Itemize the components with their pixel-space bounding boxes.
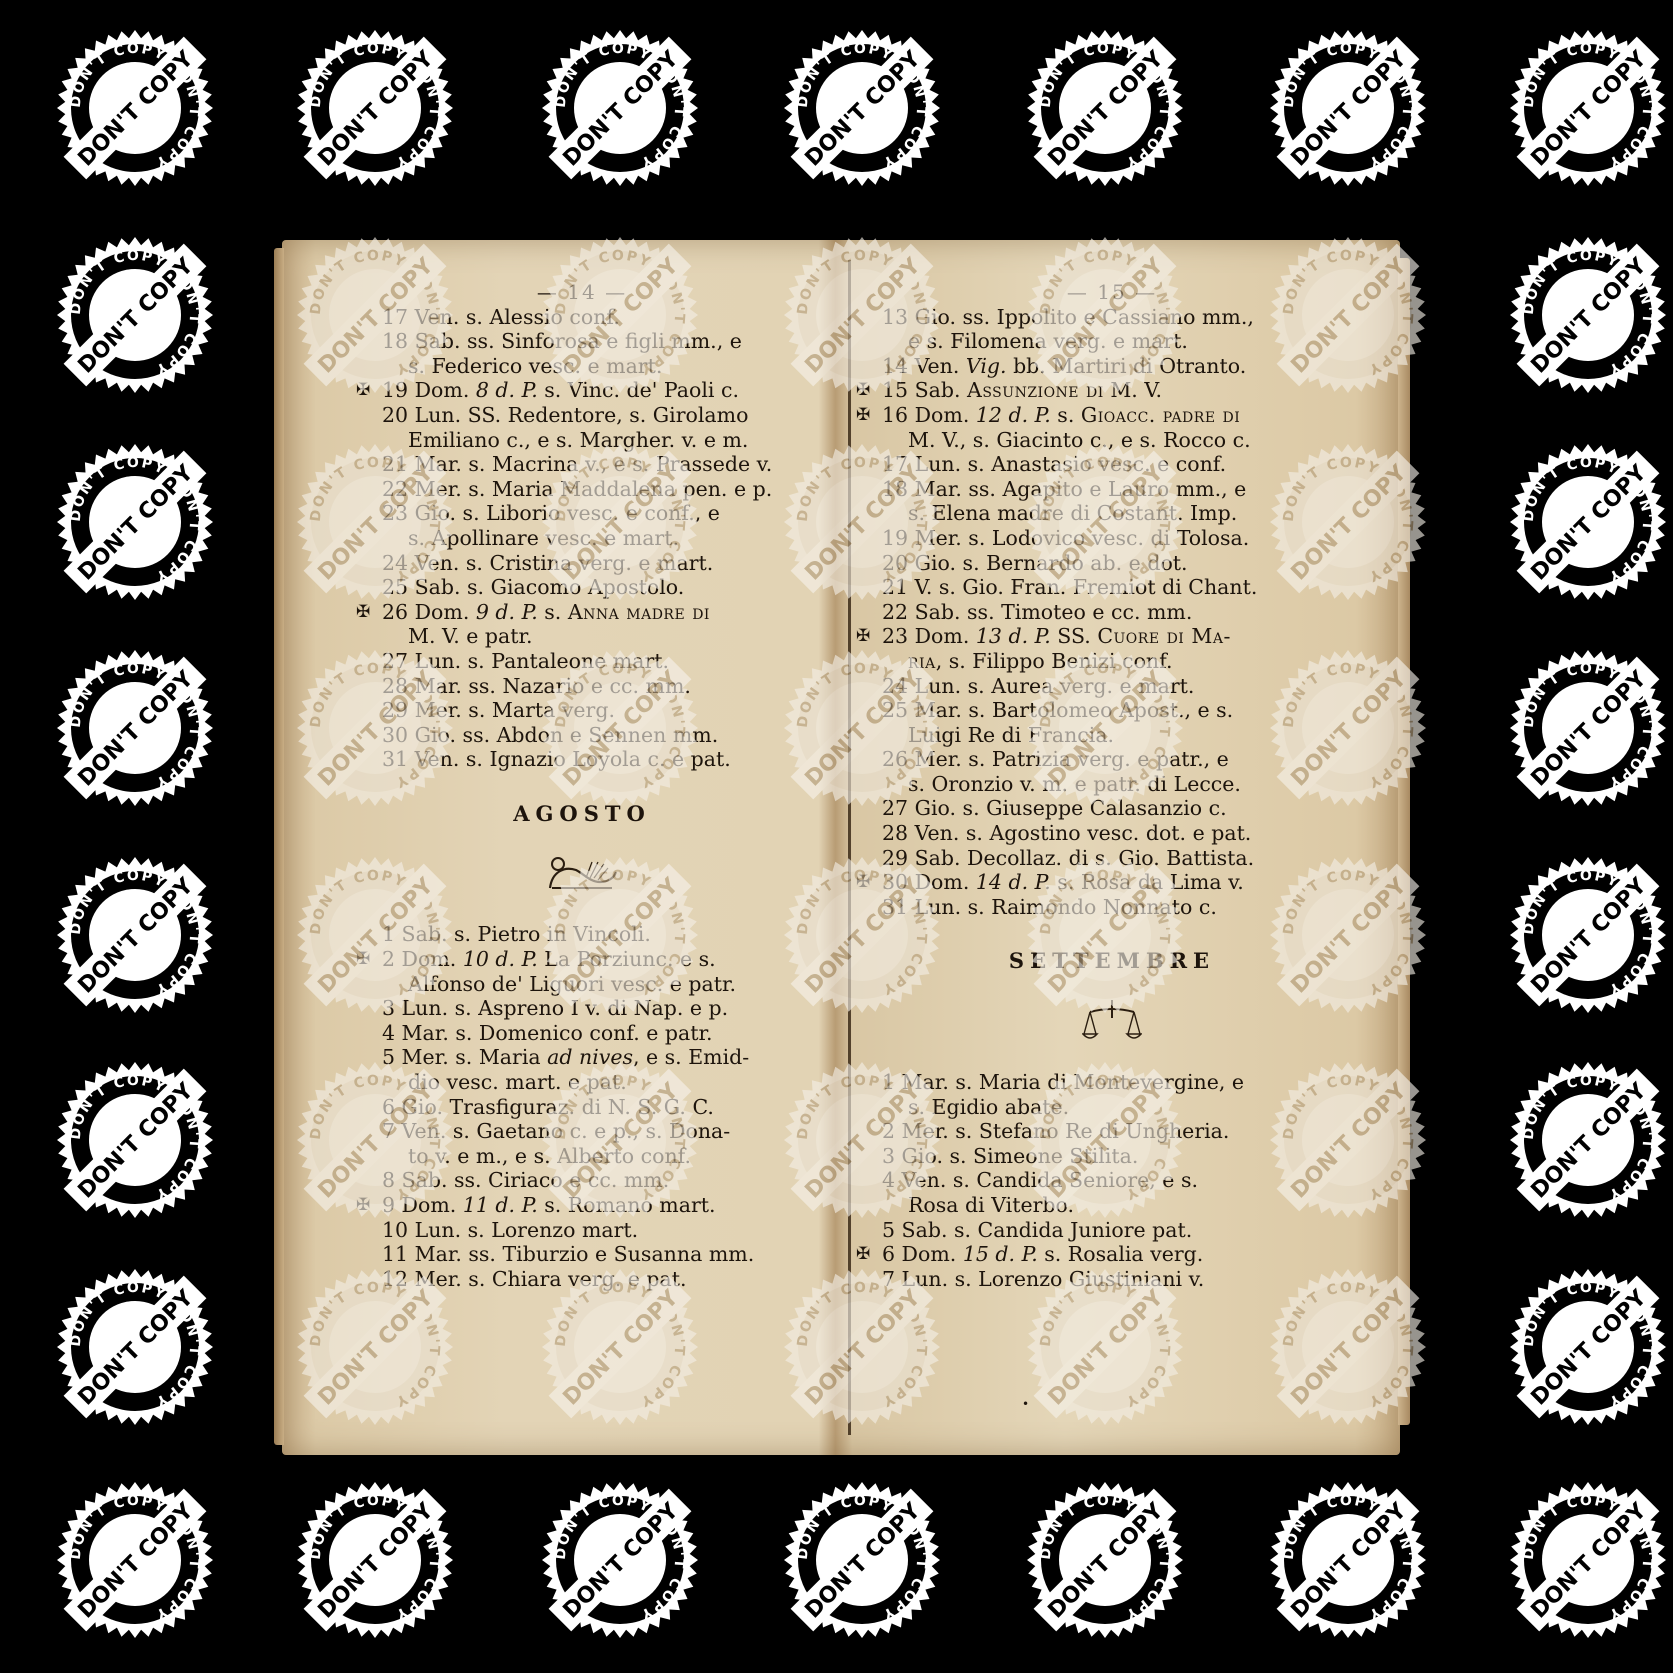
calendar-entry-continuation: M. V., s. Giacinto c., e s. Rocco c.	[882, 428, 1342, 453]
svg-text:DON'T COPY DON'T COPY: DON'T COPY DON'T COPY	[553, 41, 688, 171]
calendar-entry: 21 V. s. Gio. Fran. Fremiot di Chant.	[882, 575, 1342, 600]
entry-text: 4 Ven. s. Candida Seniore, e s.	[882, 1168, 1198, 1192]
calendar-entry: 31 Lun. s. Raimondo Nonnato c.	[882, 895, 1342, 920]
entry-text: Luigi Re di Francia.	[908, 723, 1114, 747]
entry-text: 20 Gio. s. Bernardo ab. e dot.	[882, 551, 1188, 575]
entry-text: 10 Lun. s. Lorenzo mart.	[382, 1218, 638, 1242]
svg-text:DON'T COPY: DON'T COPY	[801, 1498, 927, 1624]
dont-copy-stamp-icon: DON'T COPY DON'T COPY DON'T COPY	[1268, 1480, 1428, 1640]
feast-cross-icon: ✠	[856, 870, 870, 895]
calendar-entry: 20 Lun. SS. Redentore, s. Girolamo	[382, 403, 782, 428]
dont-copy-stamp-icon: DON'T COPY DON'T COPY DON'T COPY	[295, 1480, 455, 1640]
entry-text: 7 Lun. s. Lorenzo Giustiniani v.	[882, 1267, 1204, 1291]
calendar-entry: 7 Lun. s. Lorenzo Giustiniani v.	[882, 1267, 1342, 1292]
calendar-entry: ✠19 Dom. 8 d. P. s. Vinc. de' Paoli c.	[382, 378, 782, 403]
svg-text:DON'T COPY DON'T COPY: DON'T COPY DON'T COPY	[1521, 868, 1656, 998]
entry-text: M. V. e patr.	[408, 624, 533, 648]
entry-text: 26 Mer. s. Patrizia verg. e patr., e	[882, 747, 1229, 771]
calendar-entry: 1 Sab. s. Pietro in Vincoli.	[382, 922, 782, 947]
calendar-entry: 19 Mer. s. Lodovico vesc. di Tolosa.	[882, 526, 1342, 551]
feast-cross-icon: ✠	[356, 600, 370, 625]
entry-text: 1 Sab. s. Pietro in Vincoli.	[382, 922, 651, 946]
dont-copy-stamp-icon: DON'T COPY DON'T COPY DON'T COPY	[1268, 28, 1428, 188]
calendar-entry: ✠26 Dom. 9 d. P. s. Anna madre di	[382, 600, 782, 625]
entry-text: SS.	[1051, 624, 1098, 648]
entry-text: 16 Dom.	[882, 403, 976, 427]
entry-text: 23 Gio. s. Liborio vesc. e conf., e	[382, 501, 720, 525]
book-gutter	[848, 260, 851, 1435]
calendar-entry: 4 Mar. s. Domenico conf. e patr.	[382, 1021, 782, 1046]
dont-copy-stamp-icon: DON'T COPY DON'T COPY DON'T COPY	[1025, 28, 1185, 188]
dont-copy-stamp-icon: DON'T COPY DON'T COPY DON'T COPY	[55, 648, 215, 808]
small-caps-text: ria	[908, 649, 936, 673]
dont-copy-stamp-icon: DON'T COPY DON'T COPY DON'T COPY	[55, 28, 215, 188]
calendar-entry: ✠30 Dom. 14 d. P. s. Rosa da Lima v.	[882, 870, 1342, 895]
calendar-entry: 13 Gio. ss. Ippolito e Cassiano mm.,	[882, 305, 1342, 330]
calendar-entry: 30 Gio. ss. Abdon e Sennen mm.	[382, 723, 782, 748]
entry-text: 4 Mar. s. Domenico conf. e patr.	[382, 1021, 713, 1045]
calendar-entry: ✠15 Sab. Assunzione di M. V.	[882, 378, 1342, 403]
svg-text:DON'T COPY DON'T COPY: DON'T COPY DON'T COPY	[1521, 248, 1656, 378]
svg-text:DON'T COPY: DON'T COPY	[1527, 1285, 1653, 1411]
svg-text:DON'T COPY DON'T COPY: DON'T COPY DON'T COPY	[1521, 1280, 1656, 1410]
entry-text: s. Vinc. de' Paoli c.	[538, 378, 739, 402]
entry-text: Rosa di Viterbo.	[908, 1193, 1074, 1217]
dont-copy-stamp-icon: DON'T COPY DON'T COPY DON'T COPY	[55, 1480, 215, 1640]
calendar-entry: 12 Mer. s. Chiara verg. e pat.	[382, 1267, 782, 1292]
page-number: — 14 —	[382, 280, 782, 305]
calendar-entry: 21 Mar. s. Macrina v., e s. Prassede v.	[382, 452, 782, 477]
feast-cross-icon: ✠	[856, 403, 870, 428]
italic-text: 9 d. P.	[476, 600, 538, 624]
entry-text: 3 Gio. s. Simeone Stilita.	[882, 1144, 1138, 1168]
calendar-entry: 27 Lun. s. Pantaleone mart.	[382, 649, 782, 674]
calendar-entry: 25 Sab. s. Giacomo Apostolo.	[382, 575, 782, 600]
entry-text: 24 Ven. s. Cristina verg. e mart.	[382, 551, 713, 575]
dont-copy-stamp-icon: DON'T COPY DON'T COPY DON'T COPY	[55, 235, 215, 395]
calendar-entry-continuation: Rosa di Viterbo.	[882, 1193, 1342, 1218]
entry-text: 24 Lun. s. Aurea verg. e mart.	[882, 674, 1194, 698]
svg-text:DON'T COPY: DON'T COPY	[1287, 46, 1413, 172]
calendar-entry: 14 Ven. Vig. bb. Martiri di Otranto.	[882, 354, 1342, 379]
italic-text: 8 d. P.	[476, 378, 538, 402]
dont-copy-stamp-icon: DON'T COPY DON'T COPY DON'T COPY	[1508, 1267, 1668, 1427]
entry-text: , e s. Emid-	[633, 1045, 749, 1069]
small-caps-text: Anna madre di	[568, 600, 710, 624]
calendar-entry: 2 Mer. s. Stefano Re di Ungheria.	[882, 1119, 1342, 1144]
calendar-entry: 1 Mar. s. Maria di Montevergine, e	[882, 1070, 1342, 1095]
italic-text: 13 d. P.	[976, 624, 1051, 648]
svg-text:DON'T COPY DON'T COPY: DON'T COPY DON'T COPY	[795, 1493, 930, 1623]
calendar-entry: 5 Mer. s. Maria ad nives, e s. Emid-	[382, 1045, 782, 1070]
entry-text: 30 Dom.	[882, 870, 976, 894]
calendar-entry: 11 Mar. ss. Tiburzio e Susanna mm.	[382, 1242, 782, 1267]
entry-text: 28 Ven. s. Agostino vesc. dot. e pat.	[882, 821, 1251, 845]
svg-text:DON'T COPY DON'T COPY: DON'T COPY DON'T COPY	[1521, 1493, 1656, 1623]
calendar-entry: 26 Mer. s. Patrizia verg. e patr., e	[882, 747, 1342, 772]
svg-text:DON'T COPY DON'T COPY: DON'T COPY DON'T COPY	[308, 41, 443, 171]
svg-text:DON'T COPY: DON'T COPY	[74, 666, 200, 792]
calendar-entry: 20 Gio. s. Bernardo ab. e dot.	[882, 551, 1342, 576]
svg-text:DON'T COPY: DON'T COPY	[74, 253, 200, 379]
italic-text: 15 d. P.	[963, 1242, 1038, 1266]
calendar-entry-continuation: Emiliano c., e s. Margher. v. e m.	[382, 428, 782, 453]
entry-text: s. Romano mart.	[538, 1193, 716, 1217]
svg-text:DON'T COPY DON'T COPY: DON'T COPY DON'T COPY	[1521, 41, 1656, 171]
calendar-entry: 17 Lun. s. Anastasio vesc. e conf.	[882, 452, 1342, 477]
entry-text: 19 Dom.	[382, 378, 476, 402]
dont-copy-stamp-icon: DON'T COPY DON'T COPY DON'T COPY	[1508, 1480, 1668, 1640]
entry-text: 31 Ven. s. Ignazio Loyola c. e pat.	[382, 747, 731, 771]
feast-cross-icon: ✠	[856, 1242, 870, 1267]
calendar-entry: 24 Lun. s. Aurea verg. e mart.	[882, 674, 1342, 699]
calendar-entry: 31 Ven. s. Ignazio Loyola c. e pat.	[382, 747, 782, 772]
entry-text: 5 Sab. s. Candida Juniore pat.	[882, 1218, 1192, 1242]
svg-text:DON'T COPY DON'T COPY: DON'T COPY DON'T COPY	[795, 41, 930, 171]
entry-text: to v. e m., e s. Alberto conf.	[408, 1144, 691, 1168]
dont-copy-stamp-icon: DON'T COPY DON'T COPY DON'T COPY	[55, 1060, 215, 1220]
svg-text:DON'T COPY DON'T COPY: DON'T COPY DON'T COPY	[68, 661, 203, 791]
calendar-entry: 28 Ven. s. Agostino vesc. dot. e pat.	[882, 821, 1342, 846]
italic-text: 12 d. P.	[976, 403, 1051, 427]
dont-copy-stamp-icon: DON'T COPY DON'T COPY DON'T COPY	[1508, 648, 1668, 808]
month-title-agosto: AGOSTO	[382, 802, 782, 827]
dont-copy-stamp-icon: DON'T COPY DON'T COPY DON'T COPY	[55, 1267, 215, 1427]
dont-copy-stamp-icon: DON'T COPY DON'T COPY DON'T COPY	[1508, 28, 1668, 188]
feast-cross-icon: ✠	[356, 947, 370, 972]
svg-text:DON'T COPY: DON'T COPY	[1527, 873, 1653, 999]
dont-copy-stamp-icon: DON'T COPY DON'T COPY DON'T COPY	[1508, 1060, 1668, 1220]
entry-text: Alfonso de' Liguori vesc. e patr.	[408, 972, 736, 996]
calendar-entry: 10 Lun. s. Lorenzo mart.	[382, 1218, 782, 1243]
entry-text: 25 Mar. s. Bartolomeo Apost., e s.	[882, 698, 1233, 722]
svg-text:DON'T COPY: DON'T COPY	[314, 1498, 440, 1624]
svg-text:DON'T COPY: DON'T COPY	[74, 1078, 200, 1204]
entry-text: 6 Gio. Trasfiguraz. di N. S. G. C.	[382, 1095, 714, 1119]
entry-text: e s. Filomena verg. e mart.	[908, 329, 1188, 353]
entry-text: 21 V. s. Gio. Fran. Fremiot di Chant.	[882, 575, 1257, 599]
entry-text: bb. Martiri di Otranto.	[1007, 354, 1247, 378]
calendar-entry-continuation: M. V. e patr.	[382, 624, 782, 649]
entry-text: 17 Lun. s. Anastasio vesc. e conf.	[882, 452, 1226, 476]
calendar-entry: ✠9 Dom. 11 d. P. s. Romano mart.	[382, 1193, 782, 1218]
feast-cross-icon: ✠	[356, 378, 370, 403]
feast-cross-icon: ✠	[356, 1193, 370, 1218]
entry-text: 6 Dom.	[882, 1242, 963, 1266]
svg-text:DON'T COPY DON'T COPY: DON'T COPY DON'T COPY	[68, 1280, 203, 1410]
entry-text: 18 Mar. ss. Agapito e Lauro mm., e	[882, 477, 1246, 501]
dont-copy-stamp-icon: DON'T COPY DON'T COPY DON'T COPY	[1508, 442, 1668, 602]
entry-text: 20 Lun. SS. Redentore, s. Girolamo	[382, 403, 748, 427]
svg-text:DON'T COPY DON'T COPY: DON'T COPY DON'T COPY	[68, 868, 203, 998]
svg-text:DON'T COPY: DON'T COPY	[74, 460, 200, 586]
entry-text: 25 Sab. s. Giacomo Apostolo.	[382, 575, 684, 599]
entry-text: 29 Sab. Decollaz. di s. Gio. Battista.	[882, 846, 1254, 870]
svg-text:DON'T COPY DON'T COPY: DON'T COPY DON'T COPY	[1521, 661, 1656, 791]
entry-text: 22 Mer. s. Maria Maddalena pen. e p.	[382, 477, 772, 501]
svg-text:DON'T COPY DON'T COPY: DON'T COPY DON'T COPY	[68, 455, 203, 585]
entry-text: 1 Mar. s. Maria di Montevergine, e	[882, 1070, 1244, 1094]
dont-copy-stamp-icon: DON'T COPY DON'T COPY DON'T COPY	[1508, 855, 1668, 1015]
open-almanac-book: — 14 — 17 Ven. s. Alessio conf.18 Sab. s…	[282, 240, 1400, 1455]
svg-text:DON'T COPY: DON'T COPY	[1527, 253, 1653, 379]
calendar-entry: 17 Ven. s. Alessio conf.	[382, 305, 782, 330]
svg-text:DON'T COPY DON'T COPY: DON'T COPY DON'T COPY	[1038, 1493, 1173, 1623]
calendar-entry: ✠6 Dom. 15 d. P. s. Rosalia verg.	[882, 1242, 1342, 1267]
entry-text: La Porziunc. e s.	[538, 947, 716, 971]
dont-copy-stamp-icon: DON'T COPY DON'T COPY DON'T COPY	[295, 28, 455, 188]
entry-text: 22 Sab. ss. Timoteo e cc. mm.	[882, 600, 1192, 624]
entry-text: 27 Gio. s. Giuseppe Calasanzio c.	[882, 796, 1227, 820]
right-page: — 15 — 13 Gio. ss. Ippolito e Cassiano m…	[882, 280, 1342, 1291]
svg-text:DON'T COPY: DON'T COPY	[74, 1285, 200, 1411]
feast-cross-icon: ✠	[856, 624, 870, 649]
svg-text:DON'T COPY DON'T COPY: DON'T COPY DON'T COPY	[68, 1073, 203, 1203]
virgo-lion-icon	[382, 848, 782, 902]
entry-text: 7 Ven. s. Gaetano c. e p., s. Dona-	[382, 1119, 730, 1143]
svg-text:DON'T COPY DON'T COPY: DON'T COPY DON'T COPY	[1521, 455, 1656, 585]
entry-text: 5 Mer. s. Maria	[382, 1045, 547, 1069]
august-entries-left: 1 Sab. s. Pietro in Vincoli.✠2 Dom. 10 d…	[382, 922, 782, 1291]
dont-copy-stamp-icon: DON'T COPY DON'T COPY DON'T COPY	[1025, 1480, 1185, 1640]
svg-text:DON'T COPY DON'T COPY: DON'T COPY DON'T COPY	[1281, 1493, 1416, 1623]
calendar-entry-continuation: s. Egidio abate.	[882, 1095, 1342, 1120]
small-caps-text: Cuore di Ma-	[1097, 624, 1231, 648]
calendar-entry: 28 Mar. ss. Nazario e cc. mm.	[382, 674, 782, 699]
feast-cross-icon: ✠	[856, 378, 870, 403]
calendar-entry: 6 Gio. Trasfiguraz. di N. S. G. C.	[382, 1095, 782, 1120]
entry-text: 8 Sab. ss. Ciriaco e cc. mm.	[382, 1168, 669, 1192]
dont-copy-stamp-icon: DON'T COPY DON'T COPY DON'T COPY	[540, 28, 700, 188]
calendar-entry-continuation: s. Elena madre di Costant. Imp.	[882, 501, 1342, 526]
small-caps-text: Assunzione di	[967, 378, 1104, 402]
calendar-entry: 4 Ven. s. Candida Seniore, e s.	[882, 1168, 1342, 1193]
italic-text: 14 d. P.	[976, 870, 1051, 894]
entry-text: s. Elena madre di Costant. Imp.	[908, 501, 1237, 525]
entry-text: 12 Mer. s. Chiara verg. e pat.	[382, 1267, 686, 1291]
dont-copy-stamp-icon: DON'T COPY DON'T COPY DON'T COPY	[782, 28, 942, 188]
calendar-entry-continuation: Luigi Re di Francia.	[882, 723, 1342, 748]
entry-text: 11 Mar. ss. Tiburzio e Susanna mm.	[382, 1242, 754, 1266]
calendar-entry-continuation: dio vesc. mart. e pat.	[382, 1070, 782, 1095]
entry-text: s. Egidio abate.	[908, 1095, 1069, 1119]
entry-text: 21 Mar. s. Macrina v., e s. Prassede v.	[382, 452, 772, 476]
svg-text:DON'T COPY: DON'T COPY	[559, 1498, 685, 1624]
svg-text:DON'T COPY: DON'T COPY	[74, 1498, 200, 1624]
svg-text:DON'T COPY: DON'T COPY	[1527, 460, 1653, 586]
entry-text: s. Oronzio v. m. e patr. di Lecce.	[908, 772, 1241, 796]
entry-text: 30 Gio. ss. Abdon e Sennen mm.	[382, 723, 718, 747]
page-number: — 15 —	[882, 280, 1342, 305]
calendar-entry: 29 Mer. s. Marta verg.	[382, 698, 782, 723]
calendar-entry: ✠23 Dom. 13 d. P. SS. Cuore di Ma-	[882, 624, 1342, 649]
entry-text: 2 Mer. s. Stefano Re di Ungheria.	[882, 1119, 1229, 1143]
entry-text: 29 Mer. s. Marta verg.	[382, 698, 615, 722]
entry-text: 15 Sab.	[882, 378, 967, 402]
svg-text:DON'T COPY: DON'T COPY	[1527, 46, 1653, 172]
entry-text: s. Rosalia verg.	[1038, 1242, 1204, 1266]
calendar-entry: 24 Ven. s. Cristina verg. e mart.	[382, 551, 782, 576]
calendar-entry-continuation: e s. Filomena verg. e mart.	[882, 329, 1342, 354]
entry-text: 13 Gio. ss. Ippolito e Cassiano mm.,	[882, 305, 1254, 329]
entry-text: M. V., s. Giacinto c., e s. Rocco c.	[908, 428, 1251, 452]
svg-text:DON'T COPY DON'T COPY: DON'T COPY DON'T COPY	[1521, 1073, 1656, 1203]
italic-text: 10 d. P.	[463, 947, 538, 971]
entry-text: 31 Lun. s. Raimondo Nonnato c.	[882, 895, 1217, 919]
calendar-entry: 5 Sab. s. Candida Juniore pat.	[882, 1218, 1342, 1243]
svg-text:DON'T COPY: DON'T COPY	[1044, 46, 1170, 172]
dont-copy-stamp-icon: DON'T COPY DON'T COPY DON'T COPY	[55, 442, 215, 602]
svg-text:DON'T COPY: DON'T COPY	[1527, 1078, 1653, 1204]
svg-text:DON'T COPY: DON'T COPY	[559, 46, 685, 172]
left-page: — 14 — 17 Ven. s. Alessio conf.18 Sab. s…	[382, 280, 782, 1291]
calendar-entry-continuation: Alfonso de' Liguori vesc. e patr.	[382, 972, 782, 997]
italic-text: 11 d. P.	[463, 1193, 538, 1217]
dont-copy-stamp-icon: DON'T COPY DON'T COPY DON'T COPY	[782, 1480, 942, 1640]
entry-text: s.	[1051, 403, 1081, 427]
entry-text: 2 Dom.	[382, 947, 463, 971]
calendar-entry: 3 Gio. s. Simeone Stilita.	[882, 1144, 1342, 1169]
svg-text:DON'T COPY DON'T COPY: DON'T COPY DON'T COPY	[68, 1493, 203, 1623]
svg-text:DON'T COPY: DON'T COPY	[1044, 1498, 1170, 1624]
entry-text: s. Rosa da Lima v.	[1051, 870, 1244, 894]
entry-text: 26 Dom.	[382, 600, 476, 624]
entry-text: dio vesc. mart. e pat.	[408, 1070, 627, 1094]
calendar-entry: ✠2 Dom. 10 d. P. La Porziunc. e s.	[382, 947, 782, 972]
calendar-entry: 27 Gio. s. Giuseppe Calasanzio c.	[882, 796, 1342, 821]
svg-text:DON'T COPY: DON'T COPY	[1527, 1498, 1653, 1624]
calendar-entry-continuation: to v. e m., e s. Alberto conf.	[382, 1144, 782, 1169]
svg-text:DON'T COPY: DON'T COPY	[74, 46, 200, 172]
italic-text: ad nives	[547, 1045, 633, 1069]
libra-scales-icon	[882, 996, 1342, 1050]
svg-text:DON'T COPY DON'T COPY: DON'T COPY DON'T COPY	[553, 1493, 688, 1623]
calendar-entry: 18 Mar. ss. Agapito e Lauro mm., e	[882, 477, 1342, 502]
svg-text:DON'T COPY: DON'T COPY	[74, 873, 200, 999]
entry-text: Emiliano c., e s. Margher. v. e m.	[408, 428, 748, 452]
dont-copy-stamp-icon: DON'T COPY DON'T COPY DON'T COPY	[1508, 235, 1668, 395]
entry-text: 19 Mer. s. Lodovico vesc. di Tolosa.	[882, 526, 1249, 550]
entry-text: s. Apollinare vesc. e mart.	[408, 526, 679, 550]
entry-text: , s. Filippo Benizi conf.	[936, 649, 1173, 673]
calendar-entry: 22 Mer. s. Maria Maddalena pen. e p.	[382, 477, 782, 502]
entry-text: 14 Ven.	[882, 354, 966, 378]
svg-text:DON'T COPY DON'T COPY: DON'T COPY DON'T COPY	[1281, 41, 1416, 171]
calendar-entry: 22 Sab. ss. Timoteo e cc. mm.	[882, 600, 1342, 625]
entry-text: 23 Dom.	[882, 624, 976, 648]
calendar-entry-continuation: s. Oronzio v. m. e patr. di Lecce.	[882, 772, 1342, 797]
entry-text: s.	[538, 600, 568, 624]
dont-copy-stamp-icon: DON'T COPY DON'T COPY DON'T COPY	[55, 855, 215, 1015]
calendar-entry: 8 Sab. ss. Ciriaco e cc. mm.	[382, 1168, 782, 1193]
entry-text: 28 Mar. ss. Nazario e cc. mm.	[382, 674, 691, 698]
calendar-entry-continuation: ria, s. Filippo Benizi conf.	[882, 649, 1342, 674]
calendar-entry: 7 Ven. s. Gaetano c. e p., s. Dona-	[382, 1119, 782, 1144]
entry-text: 18 Sab. ss. Sinforosa e figli mm., e	[382, 329, 742, 353]
entry-text: 17 Ven. s. Alessio conf.	[382, 305, 620, 329]
italic-text: Vig.	[966, 354, 1007, 378]
month-title-settembre: SETTEMBRE	[882, 949, 1342, 974]
svg-text:DON'T COPY: DON'T COPY	[801, 46, 927, 172]
svg-text:DON'T COPY DON'T COPY: DON'T COPY DON'T COPY	[1038, 41, 1173, 171]
svg-text:DON'T COPY: DON'T COPY	[314, 46, 440, 172]
svg-text:DON'T COPY DON'T COPY: DON'T COPY DON'T COPY	[68, 248, 203, 378]
entry-text: 3 Lun. s. Aspreno I v. di Nap. e p.	[382, 996, 728, 1020]
entry-text: 9 Dom.	[382, 1193, 463, 1217]
entry-text: M. V.	[1104, 378, 1162, 402]
september-entries: 1 Mar. s. Maria di Montevergine, es. Egi…	[882, 1070, 1342, 1291]
small-caps-text: Gioacc. padre di	[1081, 403, 1240, 427]
july-entries: 17 Ven. s. Alessio conf.18 Sab. ss. Sinf…	[382, 305, 782, 772]
dont-copy-stamp-icon: DON'T COPY DON'T COPY DON'T COPY	[540, 1480, 700, 1640]
svg-text:DON'T COPY: DON'T COPY	[1527, 666, 1653, 792]
august-entries-right: 13 Gio. ss. Ippolito e Cassiano mm.,e s.…	[882, 305, 1342, 920]
calendar-entry: 29 Sab. Decollaz. di s. Gio. Battista.	[882, 846, 1342, 871]
svg-text:DON'T COPY: DON'T COPY	[1287, 1498, 1413, 1624]
svg-text:DON'T COPY DON'T COPY: DON'T COPY DON'T COPY	[308, 1493, 443, 1623]
entry-text: 27 Lun. s. Pantaleone mart.	[382, 649, 669, 673]
svg-text:DON'T COPY DON'T COPY: DON'T COPY DON'T COPY	[68, 41, 203, 171]
ink-dot: •	[1022, 1392, 1029, 1417]
calendar-entry-continuation: s. Federico vesc. e mart.	[382, 354, 782, 379]
calendar-entry: ✠16 Dom. 12 d. P. s. Gioacc. padre di	[882, 403, 1342, 428]
calendar-entry: 3 Lun. s. Aspreno I v. di Nap. e p.	[382, 996, 782, 1021]
calendar-entry: 18 Sab. ss. Sinforosa e figli mm., e	[382, 329, 782, 354]
calendar-entry-continuation: s. Apollinare vesc. e mart.	[382, 526, 782, 551]
calendar-entry: 23 Gio. s. Liborio vesc. e conf., e	[382, 501, 782, 526]
calendar-entry: 25 Mar. s. Bartolomeo Apost., e s.	[882, 698, 1342, 723]
entry-text: s. Federico vesc. e mart.	[408, 354, 662, 378]
